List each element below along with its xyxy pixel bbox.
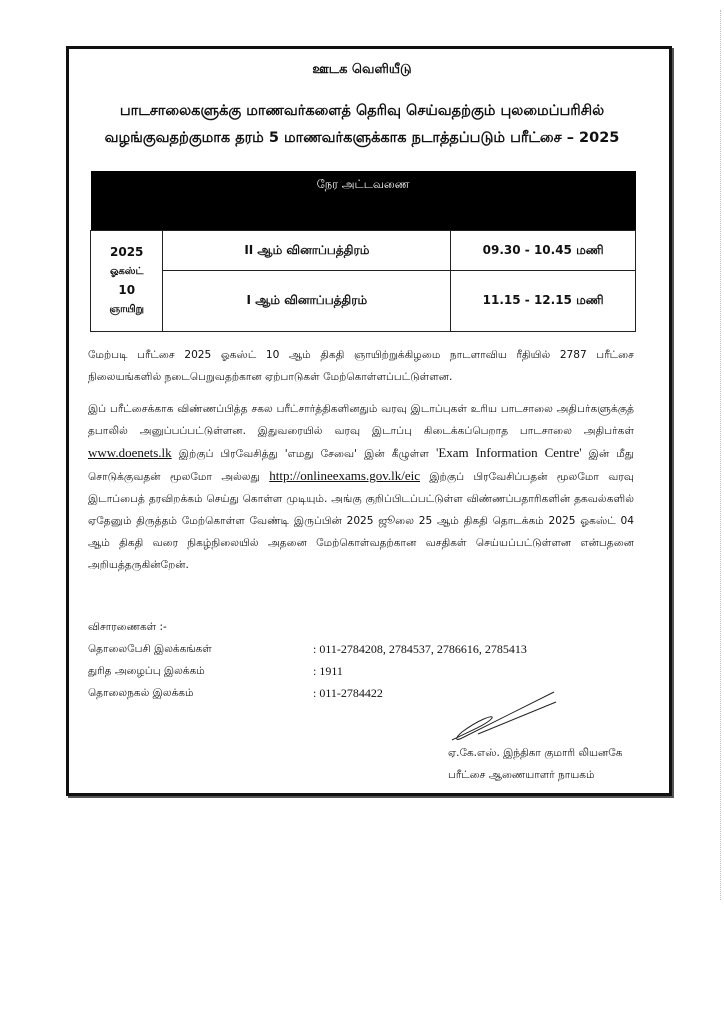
contact-value: : 1911 [313, 660, 343, 682]
timetable: நேர அட்டவணை 2025 ஓகஸ்ட் 10 ஞாயிறு II ஆம்… [90, 171, 636, 332]
exam-month: ஓகஸ்ட் [91, 262, 162, 281]
signatory-name: ஏ.கே.எஸ். இந்திகா குமாரி லியனகே [448, 742, 622, 764]
title-line-1: பாடசாலைகளுக்கு மாணவர்களைத் தெரிவு செய்வத… [0, 98, 724, 125]
contact-label: தொலைபேசி இலக்கங்கள் [88, 638, 313, 660]
onlineexams-link[interactable]: http://onlineexams.gov.lk/eic [269, 468, 420, 483]
signatory: ஏ.கே.எஸ். இந்திகா குமாரி லியனகே பரீட்சை … [448, 742, 622, 786]
contact-label: துரித அழைப்பு இலக்கம் [88, 660, 313, 682]
paragraph-2: இப் பரீட்சைக்காக விண்ணப்பித்த சகல பரீட்ச… [88, 398, 634, 576]
contact-row: தொலைபேசி இலக்கங்கள் : 011-2784208, 27845… [88, 638, 527, 660]
contact-value: : 011-2784422 [313, 682, 383, 704]
paper-name: I ஆம் வினாப்பத்திரம் [163, 271, 451, 332]
exam-weekday: ஞாயிறு [91, 300, 162, 319]
paragraph-2-text-d: இற்குப் பிரவேசிப்பதன் மூலமோ வரவு இடாப்பை… [88, 471, 634, 571]
contact-value: : 011-2784208, 2784537, 2786616, 2785413 [313, 638, 527, 660]
doenets-link[interactable]: www.doenets.lk [88, 445, 172, 460]
document-title: பாடசாலைகளுக்கு மாணவர்களைத் தெரிவு செய்வத… [0, 98, 724, 152]
contact-heading: விசாரணைகள் :- [88, 616, 527, 638]
exam-date-cell: 2025 ஓகஸ்ட் 10 ஞாயிறு [91, 231, 163, 332]
paper-name: II ஆம் வினாப்பத்திரம் [163, 231, 451, 271]
contact-label: தொலைநகல் இலக்கம் [88, 682, 313, 704]
paper-time: 11.15 - 12.15 மணி [451, 271, 636, 332]
signature-icon [448, 688, 558, 748]
signatory-title: பரீட்சை ஆணையாளர் நாயகம் [448, 764, 622, 786]
title-line-2: வழங்குவதற்குமாக தரம் 5 மாணவர்களுக்காக நட… [0, 125, 724, 152]
media-release-label: ஊடக வெளியீடு [0, 62, 724, 78]
exam-info-centre-label: 'Exam Information Centre' [436, 445, 582, 460]
table-row: I ஆம் வினாப்பத்திரம் 11.15 - 12.15 மணி [91, 271, 636, 332]
exam-day: 10 [91, 281, 162, 300]
paragraph-2-text-a: இப் பரீட்சைக்காக விண்ணப்பித்த சகல பரீட்ச… [88, 403, 634, 437]
paragraph-2-text-b: இற்குப் பிரவேசித்து 'எமது சேவை' இன் கீழு… [179, 448, 429, 460]
contact-row: துரித அழைப்பு இலக்கம் : 1911 [88, 660, 527, 682]
exam-year: 2025 [91, 243, 162, 262]
timetable-header: நேர அட்டவணை [91, 171, 636, 231]
table-row: 2025 ஓகஸ்ட் 10 ஞாயிறு II ஆம் வினாப்பத்தி… [91, 231, 636, 271]
paper-time: 09.30 - 10.45 மணி [451, 231, 636, 271]
paragraph-1: மேற்படி பரீட்சை 2025 ஓகஸ்ட் 10 ஆம் திகதி… [88, 344, 634, 388]
